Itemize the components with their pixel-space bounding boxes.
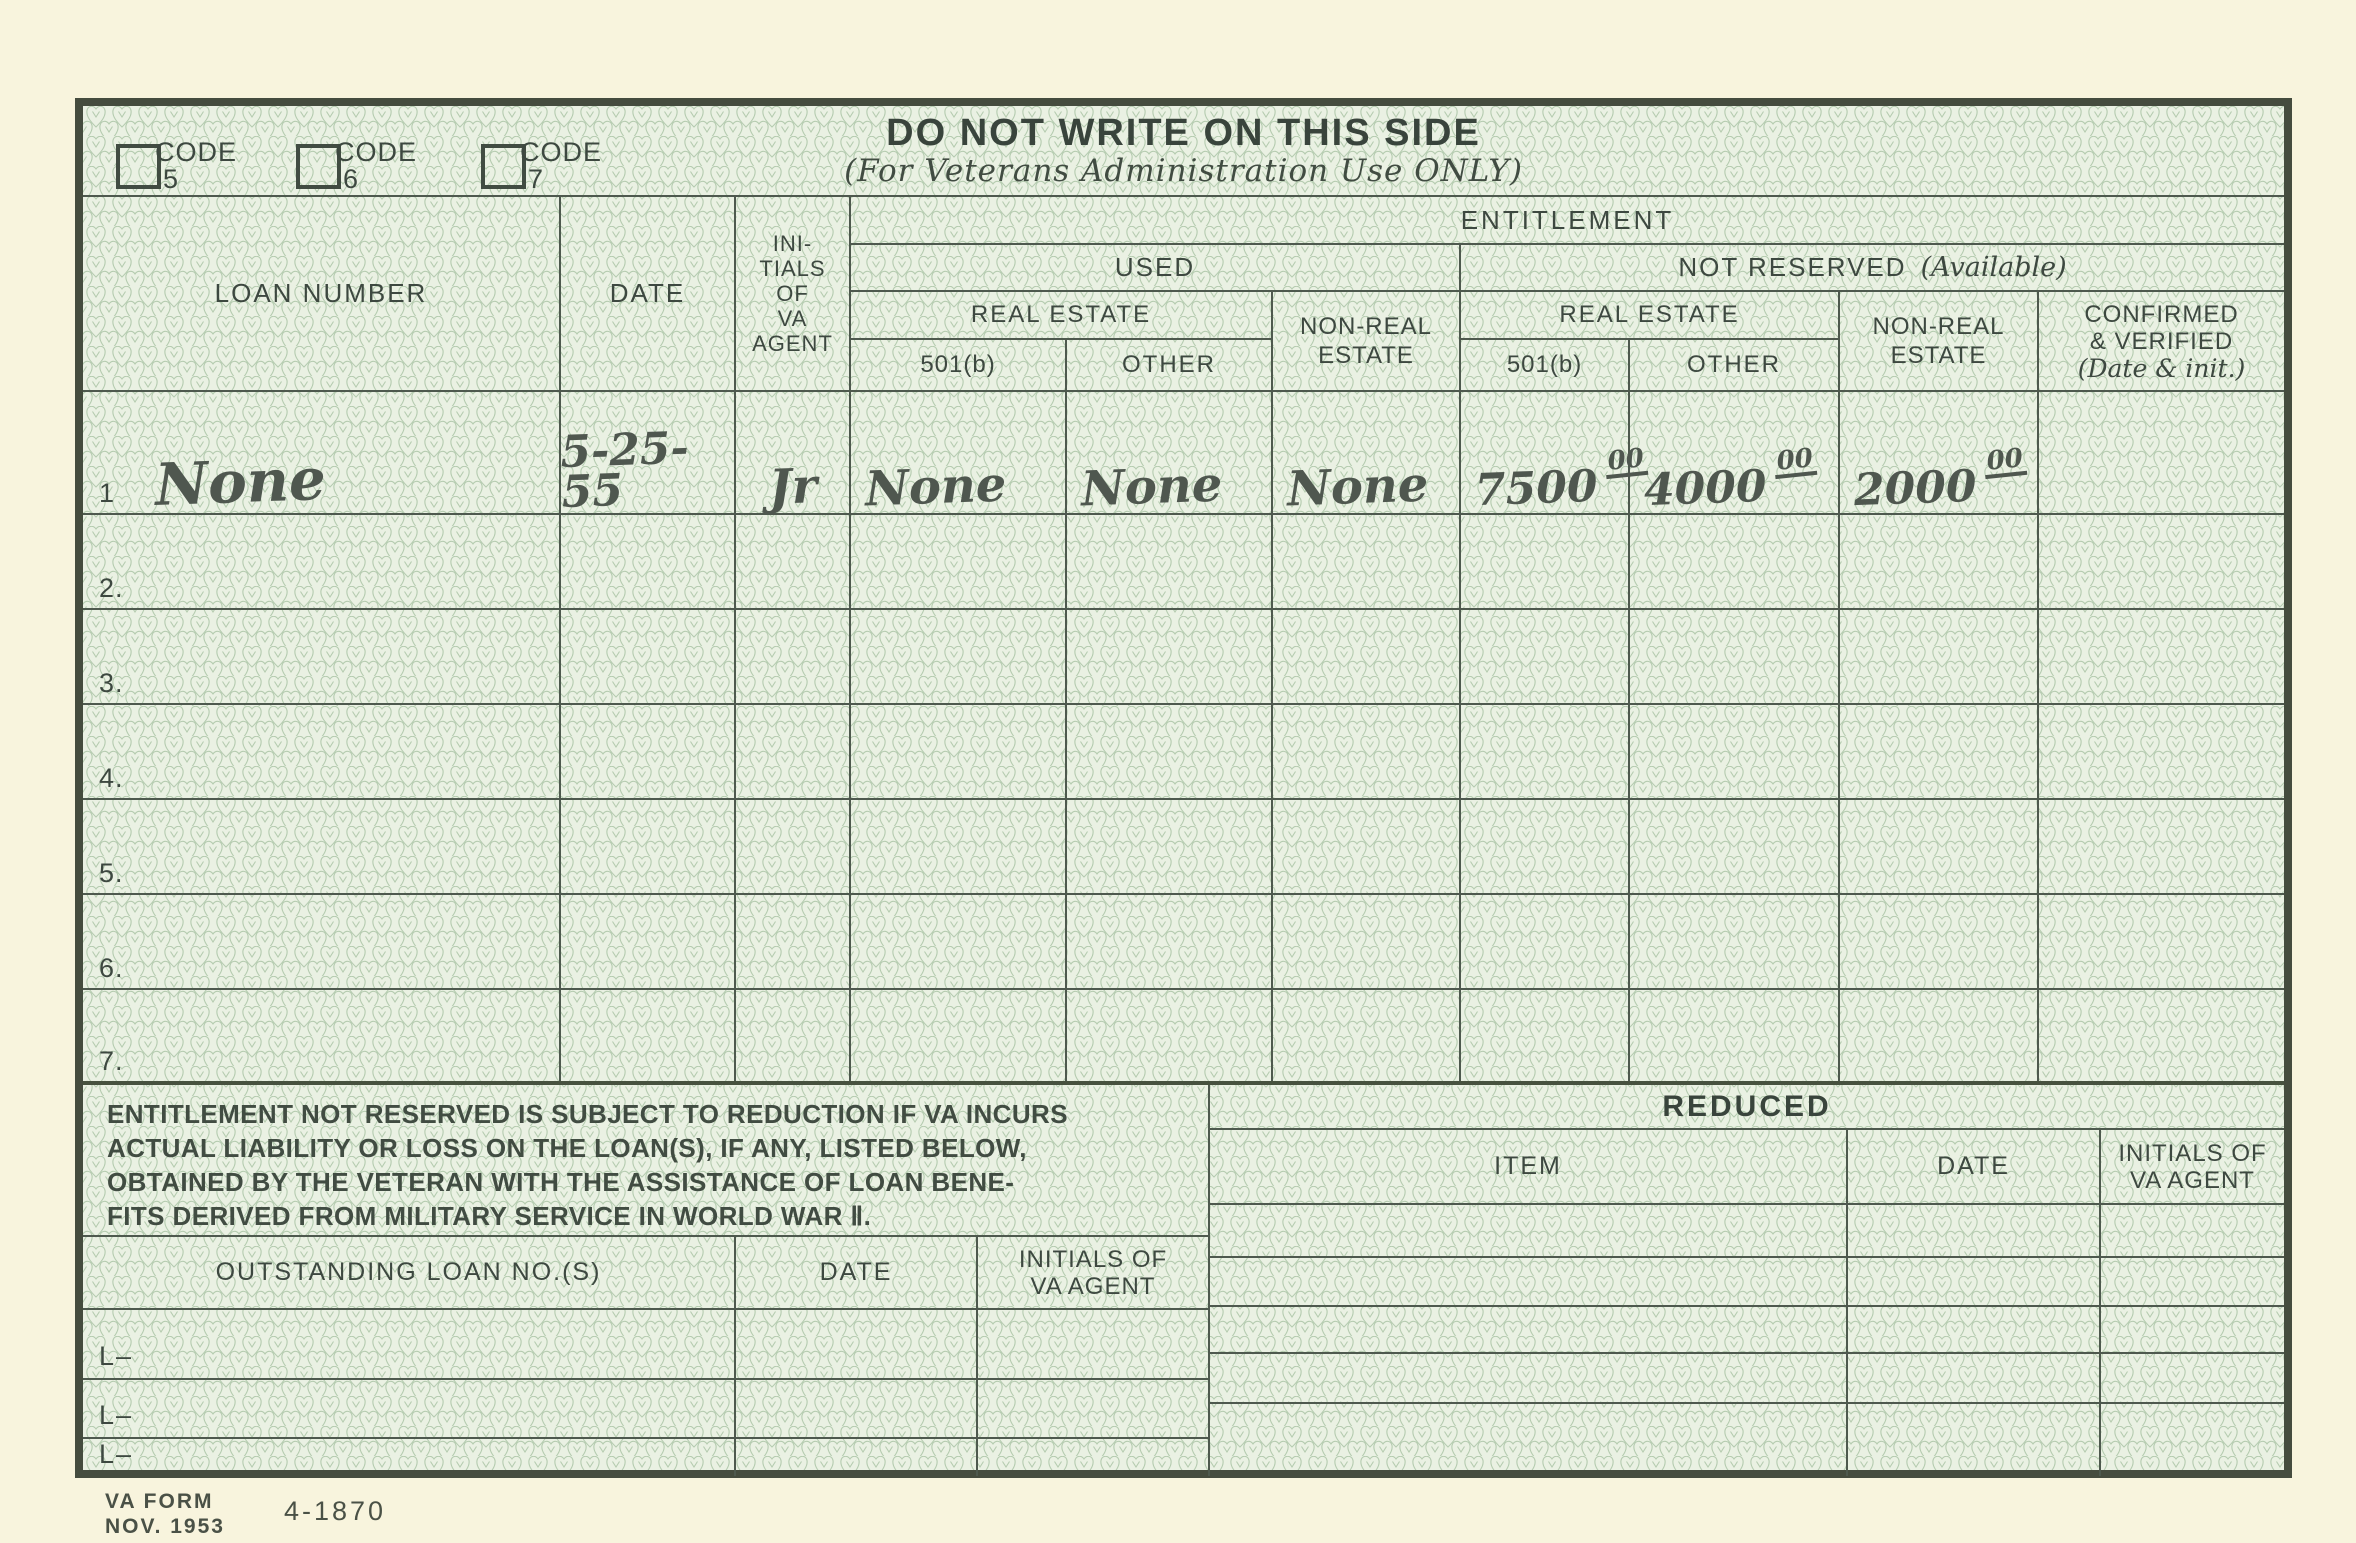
- main-table-header: LOAN NUMBER DATE INI- TIALS OF VA AGENT …: [83, 197, 2284, 392]
- row1-nr-501b-amount: 7500: [1474, 467, 1598, 511]
- initials-cell: [736, 990, 851, 1081]
- loan-number-cell: 3.: [83, 610, 561, 703]
- row1-used-nonreal-handwriting: None: [1286, 463, 1429, 511]
- notreserved-nonreal-cell: [1840, 990, 2039, 1081]
- date-cell: [561, 515, 736, 608]
- reduced-row: [1210, 1205, 2284, 1258]
- loan-number-cell: 6.: [83, 895, 561, 988]
- reduced-item-cell: [1210, 1354, 1848, 1402]
- outstanding-initials-cell: [978, 1380, 1208, 1437]
- date-column-header: DATE: [561, 197, 736, 390]
- confirmed-cell: [2039, 895, 2284, 988]
- reduced-date-cell: [1848, 1205, 2101, 1256]
- used-other-cell: [1067, 800, 1273, 893]
- used-nonreal-cell: [1273, 895, 1461, 988]
- used-nonreal-cell: [1273, 705, 1461, 798]
- used-501b-header: 501(b): [851, 340, 1067, 390]
- notreserved-other-cell: [1630, 895, 1840, 988]
- not-reserved-label: NOT RESERVED: [1678, 252, 1906, 283]
- reduced-date-cell: [1848, 1354, 2101, 1402]
- notreserved-501b-cell: [1461, 895, 1630, 988]
- row1-nr-nonreal-cents: 00: [1983, 446, 2028, 479]
- reduced-date-cell: [1848, 1307, 2101, 1352]
- reduced-item-cell: [1210, 1258, 1848, 1305]
- notreserved-501b-header: 501(b): [1461, 340, 1630, 390]
- reduced-item-cell: [1210, 1205, 1848, 1256]
- notreserved-real-estate-header: REAL ESTATE: [1461, 292, 1838, 340]
- date-cell: [561, 610, 736, 703]
- outstanding-initials-header: INITIALS OF VA AGENT: [978, 1237, 1208, 1308]
- loan-number-cell: 5.: [83, 800, 561, 893]
- row-number: 5.: [99, 858, 124, 889]
- row1-date-handwriting: 5-25-55: [560, 427, 736, 512]
- code-7-label: CODE 7: [520, 139, 602, 193]
- notreserved-501b-cell: [1461, 610, 1630, 703]
- used-other-cell: [1067, 895, 1273, 988]
- code-group-7: CODE 7: [481, 139, 602, 189]
- table-row: 6.: [83, 895, 2284, 990]
- code-5-label: CODE 5: [155, 139, 237, 193]
- notreserved-real-estate-subheaders: 501(b) OTHER: [1461, 340, 1838, 390]
- notreserved-nonreal-cell: [1840, 705, 2039, 798]
- outstanding-loan-cell: L–: [83, 1380, 736, 1437]
- loan-prefix-label: L–: [99, 1400, 133, 1431]
- code-7-number: 7: [520, 166, 602, 193]
- date-cell: [561, 705, 736, 798]
- table-row: 7.: [83, 990, 2284, 1085]
- code-group-6: CODE 6: [296, 139, 417, 189]
- row1-used-501b-handwriting: None: [864, 463, 1007, 511]
- outstanding-loan-row: L–: [83, 1310, 1208, 1380]
- reduced-row: [1210, 1404, 2284, 1476]
- used-real-estate-header: REAL ESTATE: [851, 292, 1271, 340]
- reduced-panel: REDUCED ITEM DATE INITIALS OF VA AGENT: [1210, 1085, 2284, 1476]
- used-501b-cell: [851, 515, 1067, 608]
- used-nonreal-cell: [1273, 800, 1461, 893]
- outstanding-loan-cell: L–: [83, 1310, 736, 1378]
- code-6-label: CODE 6: [335, 139, 417, 193]
- initials-column-header: INI- TIALS OF VA AGENT: [736, 197, 851, 390]
- used-501b-cell: [851, 800, 1067, 893]
- initials-cell: [736, 610, 851, 703]
- used-header: USED: [851, 245, 1461, 290]
- form-card: CODE 5 CODE 6 CODE 7 DO NOT WRITE ON THI…: [75, 98, 2292, 1478]
- notreserved-501b-cell: [1461, 990, 1630, 1081]
- notreserved-other-cell: [1630, 990, 1840, 1081]
- row-number: 2.: [99, 573, 124, 604]
- code-6-label-text: CODE: [335, 139, 417, 166]
- used-nonreal-cell: [1273, 610, 1461, 703]
- entitlement-header-group: ENTITLEMENT USED NOT RESERVED (Available…: [851, 197, 2284, 390]
- loan-prefix-label: L–: [99, 1341, 133, 1372]
- initials-cell: [736, 705, 851, 798]
- reduced-initials-header: INITIALS OF VA AGENT: [2101, 1130, 2284, 1203]
- notreserved-nonreal-cell: [1840, 800, 2039, 893]
- notreserved-501b-cell: [1461, 705, 1630, 798]
- loan-number-cell: 4.: [83, 705, 561, 798]
- row-number: 6.: [99, 953, 124, 984]
- row1-confirmed-cell: [2039, 392, 2284, 513]
- row1-nr-other-cents: 00: [1773, 446, 1818, 479]
- table-row: 5.: [83, 800, 2284, 895]
- table-row-1: 1 None 5-25-55 Jr None None None: [83, 392, 2284, 515]
- available-note: (Available): [1921, 252, 2067, 283]
- date-cell: [561, 990, 736, 1081]
- code-7-label-text: CODE: [520, 139, 602, 166]
- date-cell: [561, 895, 736, 988]
- code-group-5: CODE 5: [116, 139, 237, 189]
- table-row: 4.: [83, 705, 2284, 800]
- reduced-date-cell: [1848, 1404, 2101, 1476]
- notreserved-501b-cell: [1461, 515, 1630, 608]
- reduced-initials-cell: [2101, 1205, 2284, 1256]
- confirmed-cell: [2039, 800, 2284, 893]
- used-other-cell: [1067, 705, 1273, 798]
- notreserved-501b-cell: [1461, 800, 1630, 893]
- initials-cell: [736, 895, 851, 988]
- reduced-item-header: ITEM: [1210, 1130, 1848, 1203]
- initials-cell: [736, 800, 851, 893]
- table-row: 3.: [83, 610, 2284, 705]
- loan-number-cell: 7.: [83, 990, 561, 1081]
- reduced-row: [1210, 1354, 2284, 1404]
- code-6-number: 6: [335, 166, 417, 193]
- used-notreserved-header-row: USED NOT RESERVED (Available): [851, 245, 2284, 292]
- form-id-block: VA FORM NOV. 1953: [105, 1489, 225, 1539]
- row-number: 3.: [99, 668, 124, 699]
- outstanding-table-header: OUTSTANDING LOAN NO.(S) DATE INITIALS OF…: [83, 1237, 1208, 1310]
- code-5-number: 5: [155, 166, 237, 193]
- row1-notreserved-other-cell: 4000 00: [1630, 392, 1840, 513]
- notreserved-nonreal-cell: [1840, 895, 2039, 988]
- reduced-item-cell: [1210, 1404, 1848, 1476]
- used-501b-cell: [851, 990, 1067, 1081]
- used-501b-cell: [851, 895, 1067, 988]
- row1-nr-other-amount: 4000: [1643, 467, 1767, 511]
- not-reserved-header: NOT RESERVED (Available): [1461, 245, 2284, 290]
- row1-used-nonreal-cell: None: [1273, 392, 1461, 513]
- row-number: 4.: [99, 763, 124, 794]
- main-table-body: 1 None 5-25-55 Jr None None None: [83, 392, 2284, 1085]
- confirmed-cell: [2039, 610, 2284, 703]
- code-5-label-text: CODE: [155, 139, 237, 166]
- used-501b-cell: [851, 705, 1067, 798]
- outstanding-date-header: DATE: [736, 1237, 978, 1308]
- used-nonreal-cell: [1273, 515, 1461, 608]
- form-number: 4-1870: [284, 1496, 386, 1527]
- outstanding-loan-row: L–: [83, 1439, 1208, 1476]
- used-non-real-estate-header: NON-REAL ESTATE: [1273, 292, 1461, 390]
- notreserved-other-cell: [1630, 515, 1840, 608]
- title-band: CODE 5 CODE 6 CODE 7 DO NOT WRITE ON THI…: [83, 106, 2284, 197]
- entitlement-notice: ENTITLEMENT NOT RESERVED IS SUBJECT TO R…: [83, 1085, 1208, 1237]
- reduced-table-header: ITEM DATE INITIALS OF VA AGENT: [1210, 1130, 2284, 1205]
- outstanding-date-cell: [736, 1380, 978, 1437]
- notreserved-nonreal-cell: [1840, 515, 2039, 608]
- date-cell: [561, 800, 736, 893]
- outstanding-loan-cell: L–: [83, 1439, 736, 1476]
- row1-loan-number-cell: 1 None: [83, 392, 561, 513]
- notreserved-real-estate-group: REAL ESTATE 501(b) OTHER: [1461, 292, 1840, 390]
- used-501b-cell: [851, 610, 1067, 703]
- row1-date-cell: 5-25-55: [561, 392, 736, 513]
- loan-number-cell: 2.: [83, 515, 561, 608]
- outstanding-initials-cell: [978, 1310, 1208, 1378]
- outstanding-loan-header: OUTSTANDING LOAN NO.(S): [83, 1237, 736, 1308]
- loan-number-column-header: LOAN NUMBER: [83, 197, 561, 390]
- table-row: 2.: [83, 515, 2284, 610]
- row1-loan-number-handwriting: None: [96, 453, 326, 513]
- used-other-cell: [1067, 515, 1273, 608]
- outstanding-date-cell: [736, 1310, 978, 1378]
- reduced-date-header: DATE: [1848, 1130, 2101, 1203]
- confirmed-cell: [2039, 990, 2284, 1081]
- used-other-cell: [1067, 610, 1273, 703]
- row1-initials-handwriting: Jr: [768, 465, 817, 510]
- row1-notreserved-nonreal-cell: 2000 00: [1840, 392, 2039, 513]
- sub-column-header-row: REAL ESTATE 501(b) OTHER NON-REAL ESTATE…: [851, 292, 2284, 390]
- reduced-initials-cell: [2101, 1354, 2284, 1402]
- notreserved-nonreal-cell: [1840, 610, 2039, 703]
- row1-used-other-handwriting: None: [1080, 463, 1223, 511]
- confirmed-verified-note: (Date & init.): [2078, 355, 2246, 382]
- notreserved-other-cell: [1630, 800, 1840, 893]
- confirmed-verified-header: CONFIRMED & VERIFIED (Date & init.): [2039, 292, 2284, 390]
- used-other-cell: [1067, 990, 1273, 1081]
- notreserved-other-cell: [1630, 610, 1840, 703]
- entitlement-header: ENTITLEMENT: [851, 197, 2284, 245]
- row1-used-501b-cell: None: [851, 392, 1067, 513]
- notreserved-other-cell: [1630, 705, 1840, 798]
- reduced-row: [1210, 1307, 2284, 1354]
- row1-nr-nonreal-amount: 2000: [1853, 467, 1977, 511]
- row-number: 7.: [99, 1046, 124, 1077]
- notreserved-other-header: OTHER: [1630, 340, 1838, 390]
- form-label: VA FORM: [105, 1489, 225, 1514]
- row1-initials-cell: Jr: [736, 392, 851, 513]
- confirmed-cell: [2039, 515, 2284, 608]
- used-other-header: OTHER: [1067, 340, 1271, 390]
- form-date: NOV. 1953: [105, 1514, 225, 1539]
- bottom-left-panel: ENTITLEMENT NOT RESERVED IS SUBJECT TO R…: [83, 1085, 1210, 1476]
- reduced-title: REDUCED: [1210, 1085, 2284, 1130]
- confirmed-verified-label: CONFIRMED & VERIFIED: [2084, 301, 2238, 355]
- notreserved-non-real-estate-header: NON-REAL ESTATE: [1840, 292, 2039, 390]
- used-real-estate-subheaders: 501(b) OTHER: [851, 340, 1271, 390]
- scanned-va-form: { "form": { "codes": { "box_label": "COD…: [0, 0, 2356, 1543]
- outstanding-date-cell: [736, 1439, 978, 1476]
- reduced-initials-cell: [2101, 1404, 2284, 1476]
- bottom-section: ENTITLEMENT NOT RESERVED IS SUBJECT TO R…: [83, 1085, 2284, 1476]
- confirmed-cell: [2039, 705, 2284, 798]
- outstanding-initials-cell: [978, 1439, 1208, 1476]
- reduced-date-cell: [1848, 1258, 2101, 1305]
- reduced-initials-cell: [2101, 1258, 2284, 1305]
- outstanding-loan-row: L–: [83, 1380, 1208, 1439]
- form-content: CODE 5 CODE 6 CODE 7 DO NOT WRITE ON THI…: [83, 106, 2284, 1470]
- reduced-item-cell: [1210, 1307, 1848, 1352]
- reduced-row: [1210, 1258, 2284, 1307]
- loan-prefix-label: L–: [99, 1439, 133, 1470]
- initials-cell: [736, 515, 851, 608]
- row1-used-other-cell: None: [1067, 392, 1273, 513]
- reduced-initials-cell: [2101, 1307, 2284, 1352]
- used-real-estate-group: REAL ESTATE 501(b) OTHER: [851, 292, 1273, 390]
- row1-notreserved-501b-cell: 7500 00: [1461, 392, 1630, 513]
- used-nonreal-cell: [1273, 990, 1461, 1081]
